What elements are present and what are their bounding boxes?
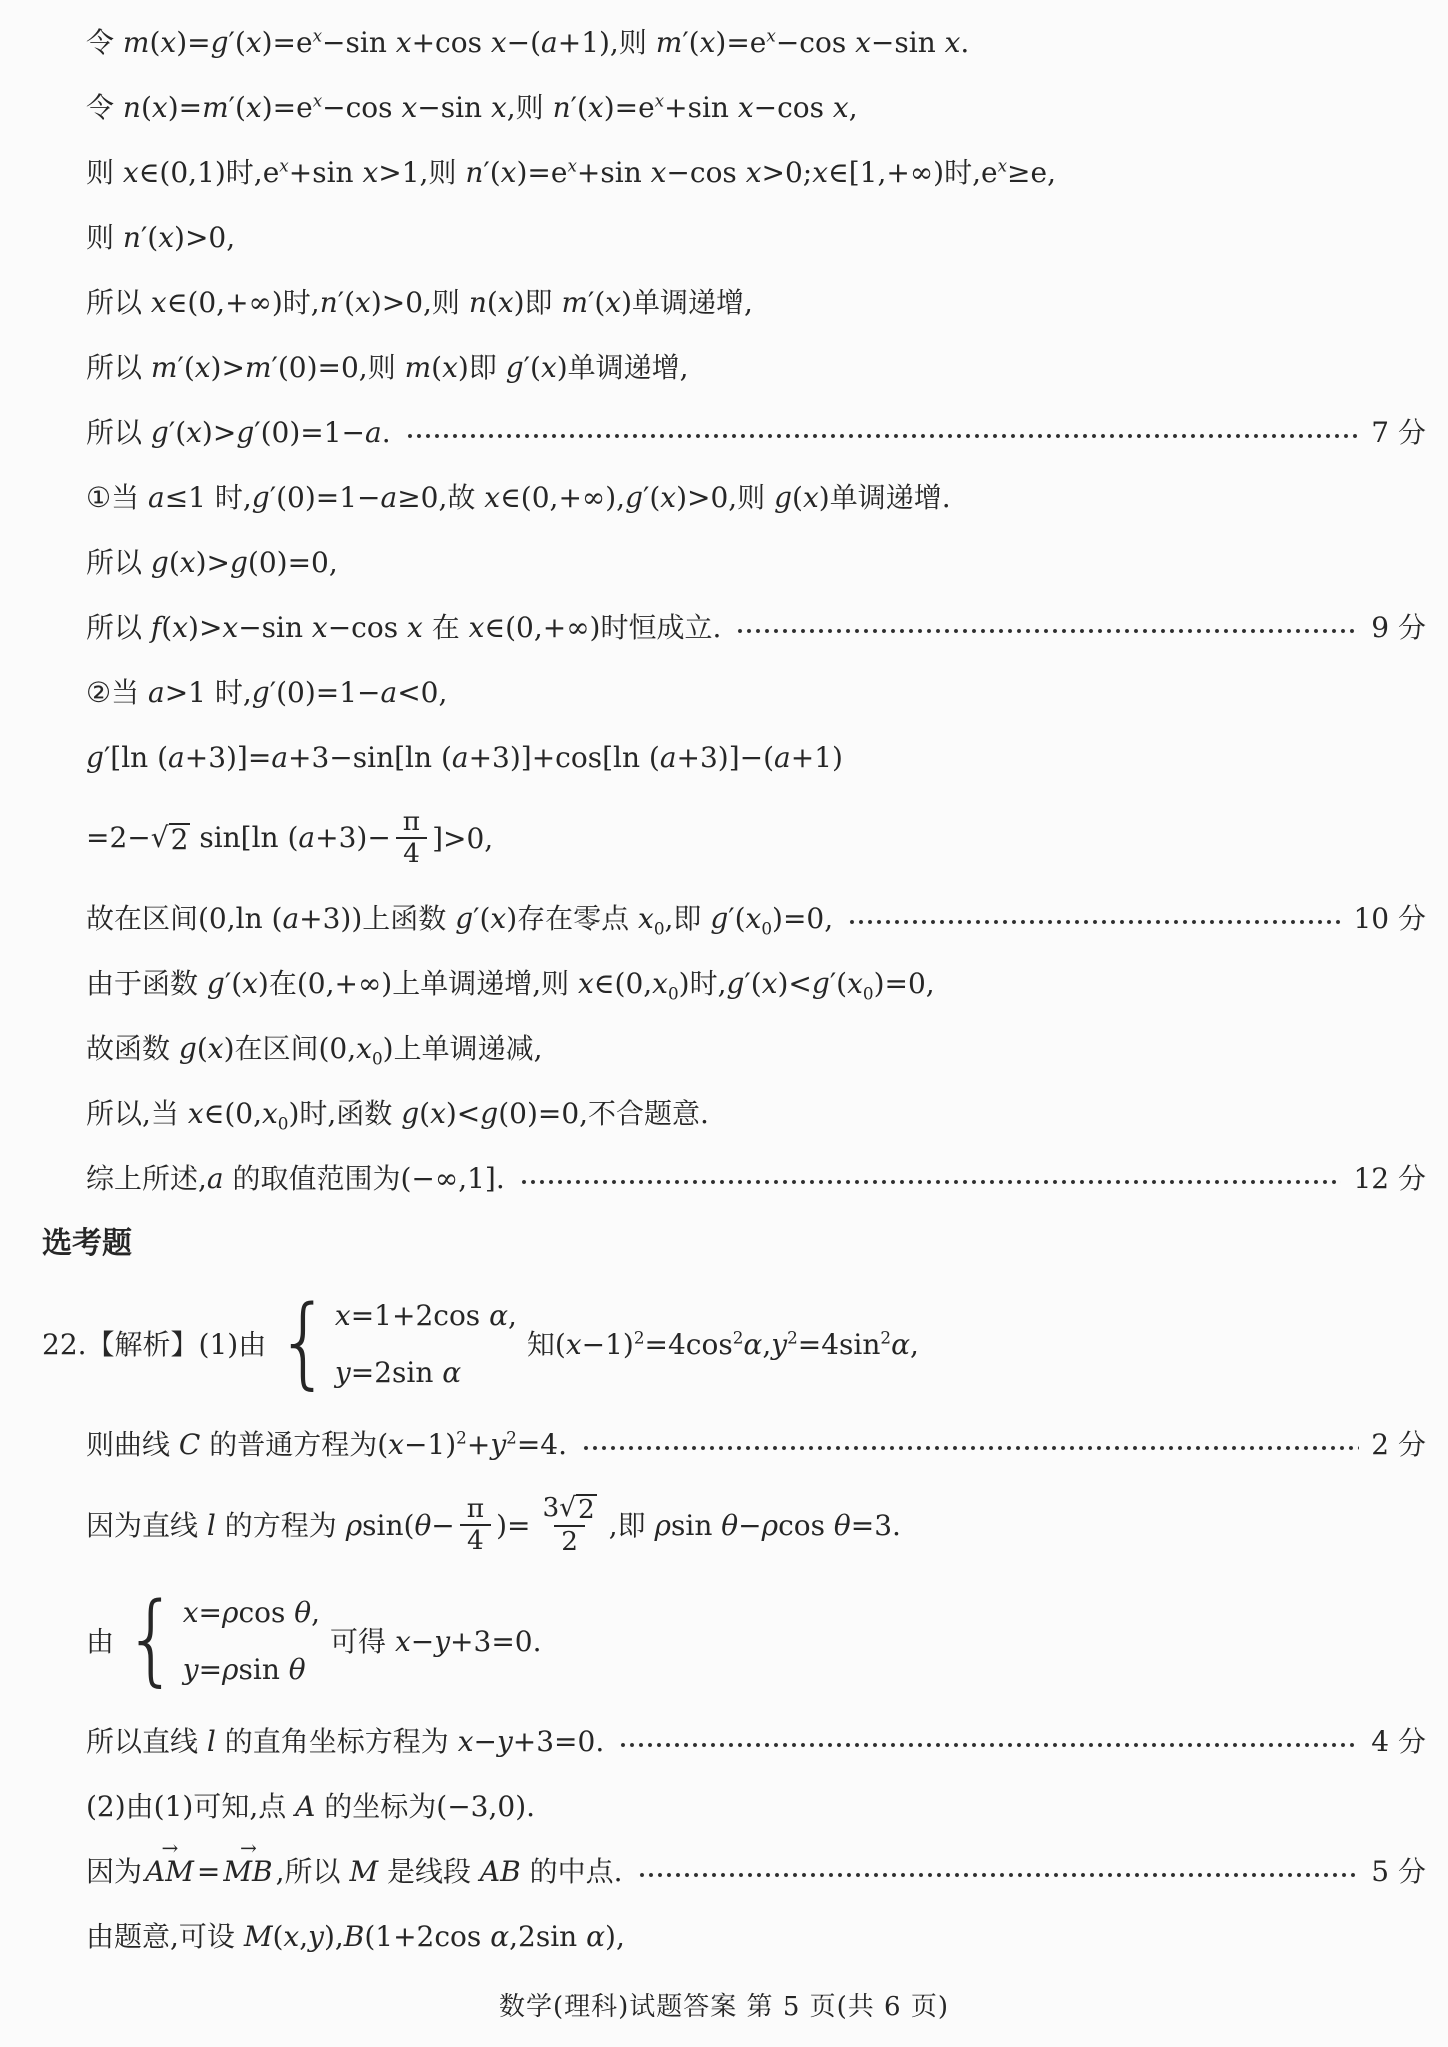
fraction: 3√22 <box>535 1493 603 1557</box>
solution-line-23: 由{x=ρcos θ,y=ρsin θ可得 x−y+3=0. <box>86 1573 1426 1709</box>
dotted-leader <box>620 1740 1359 1750</box>
vector-notation: →AM <box>145 1854 194 1889</box>
math-text: 所以 x∈(0,+∞)时,n′(x)>0,则 n(x)即 m′(x)单调递增, <box>86 285 753 320</box>
equation-system: {x=ρcos θ,y=ρsin θ <box>124 1595 320 1687</box>
answer-sheet-page: 令 m(x)=g′(x)=ex−sin x+cos x−(a+1),则 m′(x… <box>0 0 1448 2047</box>
math-text: 由于函数 g′(x)在(0,+∞)上单调递增,则 x∈(0,x0)时,g′(x)… <box>86 966 935 1001</box>
solution-line-27: 由题意,可设 M(x,y),B(1+2cos α,2sin α), <box>86 1904 1426 1969</box>
solution-line-16: 故函数 g(x)在区间(0,x0)上单调递减, <box>86 1016 1426 1081</box>
solution-line-4: 则 n′(x)>0, <box>86 205 1426 270</box>
score-label: 4 分 <box>1371 1724 1426 1759</box>
score-label: 5 分 <box>1371 1854 1426 1889</box>
math-text: ①当 a≤1 时,g′(0)=1−a≥0,故 x∈(0,+∞),g′(x)>0,… <box>86 480 951 515</box>
solution-line-25: (2)由(1)可知,点 A 的坐标为(−3,0). <box>86 1774 1426 1839</box>
solution-line-1: 令 m(x)=g′(x)=ex−sin x+cos x−(a+1),则 m′(x… <box>86 10 1426 75</box>
math-text: 令 m(x)=g′(x)=ex−sin x+cos x−(a+1),则 m′(x… <box>86 25 969 60</box>
math-text: 知(x−1)2=4cos2α,y2=4sin2α, <box>527 1327 919 1362</box>
math-text: g′[ln (a+3)]=a+3−sin[ln (a+3)]+cos[ln (a… <box>86 740 843 775</box>
solution-line-21: 则曲线 C 的普通方程为(x−1)2+y2=4.2 分 <box>86 1412 1426 1477</box>
math-text: 所以直线 l 的直角坐标方程为 x−y+3=0. <box>86 1724 604 1759</box>
solution-line-13: =2−√2 sin[ln (a+3)−π4]>0, <box>86 790 1426 886</box>
math-text: 所以 g(x)>g(0)=0, <box>86 545 338 580</box>
vector-arrow-icon: → <box>145 1838 194 1858</box>
solution-line-26: 因为→AM=→MB,所以 M 是线段 AB 的中点.5 分 <box>86 1839 1426 1904</box>
solution-line-7: 所以 g′(x)>g′(0)=1−a.7 分 <box>86 400 1426 465</box>
math-text: =2−√2 sin[ln (a+3)− <box>86 820 391 856</box>
solution-line-14: 故在区间(0,ln (a+3))上函数 g′(x)存在零点 x0,即 g′(x0… <box>86 886 1426 951</box>
solution-line-2: 令 n(x)=m′(x)=ex−cos x−sin x,则 n′(x)=ex+s… <box>86 75 1426 140</box>
equation-system: {x=1+2cos α,y=2sin α <box>276 1298 517 1390</box>
solution-line-20: 22.【解析】(1)由{x=1+2cos α,y=2sin α知(x−1)2=4… <box>42 1276 1426 1412</box>
radical: √2 <box>151 823 191 856</box>
score-label: 9 分 <box>1371 610 1426 645</box>
dotted-leader <box>407 431 1360 441</box>
math-text: 综上所述,a 的取值范围为(−∞,1]. <box>86 1161 505 1196</box>
dotted-leader <box>639 1870 1360 1880</box>
solution-line-10: 所以 f(x)>x−sin x−cos x 在 x∈(0,+∞)时恒成立.9 分 <box>86 595 1426 660</box>
solution-line-12: g′[ln (a+3)]=a+3−sin[ln (a+3)]+cos[ln (a… <box>86 725 1426 790</box>
radical: √2 <box>559 1494 597 1525</box>
solution-line-22: 因为直线 l 的方程为 ρsin(θ−π4)=3√22,即 ρsin θ−ρco… <box>86 1477 1426 1573</box>
math-text: ,所以 M 是线段 AB 的中点. <box>276 1854 623 1889</box>
math-text: 所以 m′(x)>m′(0)=0,则 m(x)即 g′(x)单调递增, <box>86 350 689 385</box>
math-text: )= <box>496 1508 530 1543</box>
math-text: 可得 x−y+3=0. <box>330 1624 541 1659</box>
math-text: 故函数 g(x)在区间(0,x0)上单调递减, <box>86 1031 542 1066</box>
math-text: = <box>197 1854 220 1889</box>
fraction: π4 <box>396 807 427 870</box>
math-text: 因为直线 l 的方程为 ρsin(θ− <box>86 1508 455 1543</box>
score-label: 7 分 <box>1371 415 1426 450</box>
solution-line-6: 所以 m′(x)>m′(0)=0,则 m(x)即 g′(x)单调递增, <box>86 335 1426 400</box>
solution-line-5: 所以 x∈(0,+∞)时,n′(x)>0,则 n(x)即 m′(x)单调递增, <box>86 270 1426 335</box>
math-text: 22.【解析】(1)由 <box>42 1327 266 1362</box>
math-text: 由题意,可设 M(x,y),B(1+2cos α,2sin α), <box>86 1919 625 1954</box>
math-text: 所以,当 x∈(0,x0)时,函数 g(x)<g(0)=0,不合题意. <box>86 1096 709 1131</box>
solution-line-15: 由于函数 g′(x)在(0,+∞)上单调递增,则 x∈(0,x0)时,g′(x)… <box>86 951 1426 1016</box>
math-text: 选考题 <box>42 1225 132 1263</box>
dotted-leader <box>737 626 1359 636</box>
math-text: 则 x∈(0,1)时,ex+sin x>1,则 n′(x)=ex+sin x−c… <box>86 155 1056 190</box>
math-text: 令 n(x)=m′(x)=ex−cos x−sin x,则 n′(x)=ex+s… <box>86 90 858 125</box>
dotted-leader <box>583 1443 1359 1453</box>
solution-content: 令 m(x)=g′(x)=ex−sin x+cos x−(a+1),则 m′(x… <box>0 10 1448 1969</box>
math-text: ,即 ρsin θ−ρcos θ=3. <box>609 1508 901 1543</box>
score-label: 10 分 <box>1353 901 1426 936</box>
dotted-leader <box>521 1177 1342 1187</box>
solution-line-24: 所以直线 l 的直角坐标方程为 x−y+3=0.4 分 <box>86 1709 1426 1774</box>
brace-glyph: { <box>276 1299 331 1388</box>
solution-line-11: ②当 a>1 时,g′(0)=1−a<0, <box>86 660 1426 725</box>
math-text: 所以 f(x)>x−sin x−cos x 在 x∈(0,+∞)时恒成立. <box>86 610 721 645</box>
math-text: (2)由(1)可知,点 A 的坐标为(−3,0). <box>86 1789 535 1824</box>
page-footer: 数学(理科)试题答案 第 5 页(共 6 页) <box>0 1986 1448 2023</box>
math-text: ]>0, <box>432 821 493 856</box>
fraction: π4 <box>460 1494 491 1557</box>
math-text: 因为 <box>86 1854 142 1889</box>
score-label: 12 分 <box>1353 1161 1426 1196</box>
section-heading: 选考题 <box>42 1211 1426 1276</box>
solution-line-3: 则 x∈(0,1)时,ex+sin x>1,则 n′(x)=ex+sin x−c… <box>86 140 1426 205</box>
solution-line-17: 所以,当 x∈(0,x0)时,函数 g(x)<g(0)=0,不合题意. <box>86 1081 1426 1146</box>
vector-arrow-icon: → <box>223 1838 272 1858</box>
solution-line-8: ①当 a≤1 时,g′(0)=1−a≥0,故 x∈(0,+∞),g′(x)>0,… <box>86 465 1426 530</box>
math-text: 由 <box>86 1624 114 1659</box>
math-text: ②当 a>1 时,g′(0)=1−a<0, <box>86 675 447 710</box>
vector-notation: →MB <box>223 1854 272 1889</box>
score-label: 2 分 <box>1371 1427 1426 1462</box>
solution-line-9: 所以 g(x)>g(0)=0, <box>86 530 1426 595</box>
math-text: 则 n′(x)>0, <box>86 220 235 255</box>
math-text: 所以 g′(x)>g′(0)=1−a. <box>86 415 391 450</box>
dotted-leader <box>849 917 1341 927</box>
math-text: 故在区间(0,ln (a+3))上函数 g′(x)存在零点 x0,即 g′(x0… <box>86 901 833 936</box>
math-text: 则曲线 C 的普通方程为(x−1)2+y2=4. <box>86 1427 567 1462</box>
solution-line-18: 综上所述,a 的取值范围为(−∞,1].12 分 <box>86 1146 1426 1211</box>
brace-glyph: { <box>124 1596 179 1685</box>
